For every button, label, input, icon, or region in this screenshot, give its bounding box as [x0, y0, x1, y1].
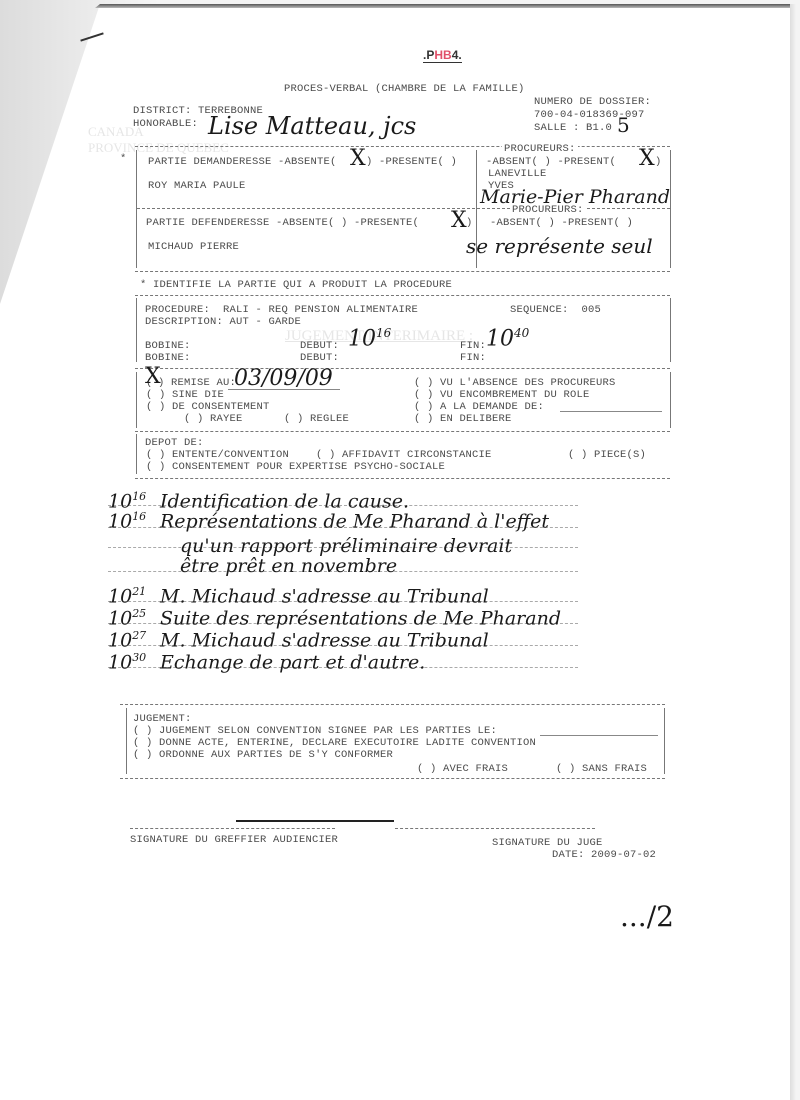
- note-time: 10: [108, 510, 132, 532]
- remise-label: ) REMISE AU:: [158, 377, 236, 389]
- juge-signature-label: SIGNATURE DU JUGE: [492, 837, 603, 849]
- entente-option[interactable]: ( ) ENTENTE/CONVENTION: [146, 449, 289, 461]
- divider: [135, 478, 670, 479]
- procureurs-status: -ABSENT( ) -PRESENT(: [486, 156, 616, 168]
- judge-name-handwritten: Lise Matteau, jcs: [208, 112, 416, 140]
- border: [670, 150, 671, 268]
- border: [136, 372, 137, 428]
- note-text: qu'un rapport préliminaire devrait: [180, 535, 512, 557]
- divider: [135, 271, 670, 272]
- juge-signature-line: [395, 828, 595, 829]
- page-edge-right: [790, 4, 796, 1100]
- border: [670, 298, 671, 362]
- note-time: 10: [108, 607, 132, 629]
- bobine-label: BOBINE:: [145, 352, 191, 364]
- note-text: être prêt en novembre: [180, 555, 397, 577]
- note-time-minutes: 16: [132, 490, 146, 503]
- note-line: être prêt en novembre: [180, 555, 397, 577]
- divider: [120, 778, 665, 779]
- note-line: 1016Identification de la cause.: [108, 490, 409, 512]
- defenderesse-name: MICHAUD PIERRE: [148, 241, 239, 253]
- present-checkmark: X: [451, 208, 467, 233]
- note-time-minutes: 30: [132, 651, 146, 664]
- procureurs-status: -ABSENT( ) -PRESENT( ): [490, 217, 633, 229]
- date-line: [540, 735, 658, 736]
- divider: [135, 368, 670, 369]
- date-underline: [228, 389, 340, 390]
- note-time-minutes: 25: [132, 607, 146, 620]
- border: [136, 150, 137, 268]
- page-edge: [95, 4, 795, 8]
- defenderesse-status: ): [466, 217, 473, 229]
- note-time-minutes: 16: [132, 510, 146, 523]
- border: [126, 708, 127, 774]
- divider: [135, 295, 670, 296]
- divider: [135, 146, 670, 147]
- sine-die-option[interactable]: ( ) SINE DIE: [146, 389, 224, 401]
- procureur-name: LANEVILLE: [488, 168, 547, 180]
- demanderesse-label: PARTIE DEMANDERESSE -ABSENTE(: [148, 156, 337, 168]
- border: [670, 372, 671, 428]
- note-text: M. Michaud s'adresse au Tribunal: [160, 585, 489, 607]
- jugement-label: JUGEMENT:: [133, 713, 192, 725]
- greffier-signature-label: SIGNATURE DU GREFFIER AUDIENCIER: [130, 834, 338, 846]
- salle-label: SALLE : B1.0: [534, 122, 612, 134]
- procureurs-header: PROCUREURS:: [510, 204, 586, 216]
- vu-encombrement-option[interactable]: ( ) VU ENCOMBREMENT DU ROLE: [414, 389, 590, 401]
- note-line: qu'un rapport préliminaire devrait: [180, 535, 512, 557]
- note-time: 10: [108, 629, 132, 651]
- border: [136, 298, 137, 362]
- greffier-signature-line: [130, 828, 335, 829]
- jugement-option-3[interactable]: ( ) ORDONNE AUX PARTIES DE S'Y CONFORMER: [133, 749, 393, 761]
- divider: [135, 431, 670, 432]
- sans-frais-option[interactable]: ( ) SANS FRAIS: [556, 763, 647, 775]
- salle-handwritten: 5: [617, 113, 630, 137]
- procureurs-status-end: ): [655, 156, 662, 168]
- note-time-minutes: 21: [132, 585, 146, 598]
- demande-line: [560, 411, 662, 412]
- demanderesse-status: ) -PRESENTE( ): [366, 156, 457, 168]
- dossier-label: NUMERO DE DOSSIER:: [534, 96, 651, 108]
- bobine-label: BOBINE:: [145, 340, 191, 352]
- note-time: 10: [108, 585, 132, 607]
- debut-label: DEBUT:: [300, 352, 339, 364]
- description-line: DESCRIPTION: AUT - GARDE: [145, 316, 301, 328]
- vu-absence-option[interactable]: ( ) VU L'ABSENCE DES PROCUREURS: [414, 377, 616, 389]
- reglee-option[interactable]: ( ) REGLEE: [284, 413, 349, 425]
- note-text: Représentations de Me Pharand à l'effet: [160, 510, 549, 532]
- avec-frais-option[interactable]: ( ) AVEC FRAIS: [417, 763, 508, 775]
- debut-label: DEBUT:: [300, 340, 339, 352]
- demande-option[interactable]: ( ) A LA DEMANDE DE:: [414, 401, 544, 413]
- page-continuation: .../2: [620, 900, 674, 933]
- procureurs-header: PROCUREURS:: [502, 143, 578, 155]
- fin-label: FIN:: [460, 340, 486, 352]
- note-time-minutes: 27: [132, 629, 146, 642]
- present-checkmark: X: [639, 146, 655, 171]
- divider: [137, 208, 670, 209]
- note-time: 10: [108, 651, 132, 673]
- expertise-option[interactable]: ( ) CONSENTEMENT POUR EXPERTISE PSYCHO-S…: [146, 461, 445, 473]
- fin-label: FIN:: [460, 352, 486, 364]
- note-line: 1030Echange de part et d'autre.: [108, 651, 425, 673]
- note-line: 1025Suite des représentations de Me Phar…: [108, 607, 561, 629]
- self-represented-handwritten: se représente seul: [466, 234, 653, 258]
- ghost-text: PROVINCE DE QUEBEC: [88, 140, 229, 156]
- pieces-option[interactable]: ( ) PIECE(S): [568, 449, 646, 461]
- note-text: Suite des représentations de Me Pharand: [160, 607, 561, 629]
- honorable-label: HONORABLE:: [133, 118, 198, 130]
- consentement-option[interactable]: ( ) DE CONSENTEMENT: [146, 401, 270, 413]
- signature-stroke: [236, 820, 394, 822]
- note: * IDENTIFIE LA PARTIE QUI A PRODUIT LA P…: [140, 279, 452, 291]
- fin-time-handwritten: 1040: [486, 326, 529, 351]
- procedure-line: PROCEDURE: RALI - REQ PENSION ALIMENTAIR…: [145, 304, 418, 316]
- remise-date-handwritten: 03/09/09: [234, 366, 333, 391]
- affidavit-option[interactable]: ( ) AFFIDAVIT CIRCONSTANCIE: [316, 449, 492, 461]
- defenderesse-label: PARTIE DEFENDERESSE -ABSENTE( ) -PRESENT…: [146, 217, 419, 229]
- jugement-option-2[interactable]: ( ) DONNE ACTE, ENTERINE, DECLARE EXECUT…: [133, 737, 536, 749]
- note-line: 1016Représentations de Me Pharand à l'ef…: [108, 510, 549, 532]
- note-text: M. Michaud s'adresse au Tribunal: [160, 629, 489, 651]
- demanderesse-name: ROY MARIA PAULE: [148, 180, 246, 192]
- border: [136, 434, 137, 474]
- note-text: Echange de part et d'autre.: [160, 651, 425, 673]
- rayee-option[interactable]: ( ) RAYEE: [184, 413, 243, 425]
- border: [664, 708, 665, 774]
- document-title: PROCES-VERBAL (CHAMBRE DE LA FAMILLE): [284, 83, 525, 95]
- delibere-option[interactable]: ( ) EN DELIBERE: [414, 413, 512, 425]
- asterisk: *: [120, 153, 127, 165]
- stamp: .PHB4.: [423, 48, 462, 63]
- depot-label: DEPOT DE:: [145, 437, 204, 449]
- date-label: DATE: 2009-07-02: [552, 849, 656, 861]
- sequence: SEQUENCE: 005: [510, 304, 601, 316]
- absent-checkmark: X: [350, 146, 366, 171]
- debut-time-handwritten: 1016: [348, 326, 391, 351]
- jugement-option-1[interactable]: ( ) JUGEMENT SELON CONVENTION SIGNEE PAR…: [133, 725, 497, 737]
- divider: [120, 704, 665, 705]
- note-line: 1027M. Michaud s'adresse au Tribunal: [108, 629, 489, 651]
- note-line: 1021M. Michaud s'adresse au Tribunal: [108, 585, 489, 607]
